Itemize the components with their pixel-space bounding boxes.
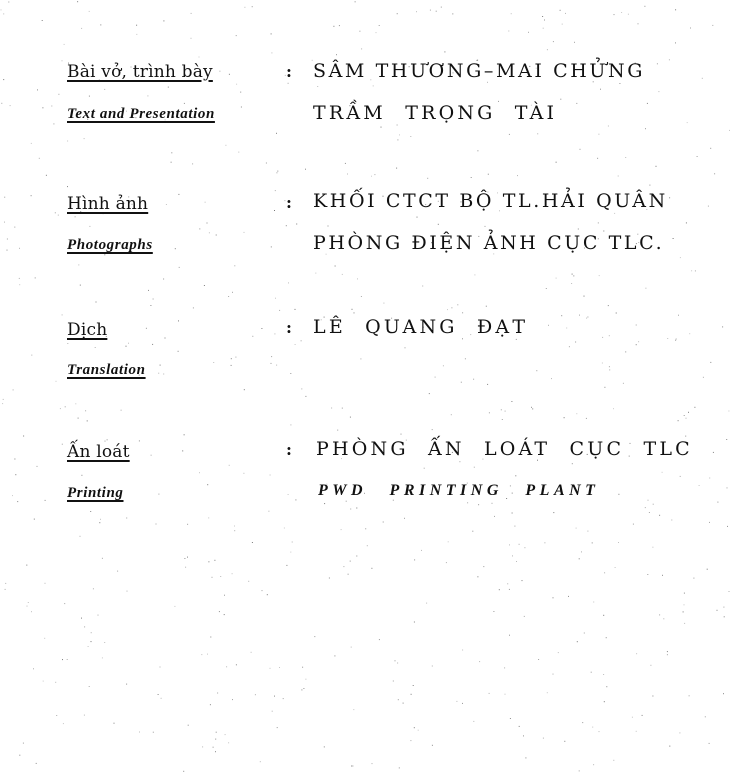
separator-colon: : bbox=[286, 318, 292, 337]
label-en-translation: Translation bbox=[67, 362, 146, 379]
label-en-photographs: Photographs bbox=[67, 237, 153, 254]
label-vi-text-presentation: Bài vở, trình bày bbox=[67, 62, 213, 82]
separator-colon: : bbox=[286, 440, 292, 459]
value-text-presentation-2: TRẦM TRỌNG TÀI bbox=[313, 102, 557, 124]
value-text-presentation-1: SÂM THƯƠNG–MAI CHỬNG bbox=[313, 60, 645, 82]
value-printing-1: PHÒNG ẤN LOÁT CỤC TLC bbox=[316, 438, 693, 460]
value-printing-2: PWD PRINTING PLANT bbox=[318, 482, 599, 500]
separator-colon: : bbox=[286, 193, 292, 212]
label-en-printing: Printing bbox=[67, 485, 124, 502]
label-vi-printing: Ấn loát bbox=[67, 442, 130, 462]
value-photographs-2: PHÒNG ĐIỆN ẢNH CỤC TLC. bbox=[313, 232, 664, 254]
label-vi-translation: Dịch bbox=[67, 320, 107, 340]
value-translation-1: LÊ QUANG ĐẠT bbox=[313, 316, 528, 338]
separator-colon: : bbox=[286, 62, 292, 81]
label-vi-photographs: Hình ảnh bbox=[67, 194, 148, 214]
label-en-text-presentation: Text and Presentation bbox=[67, 106, 215, 123]
credits-page: Bài vở, trình bày Text and Presentation … bbox=[0, 0, 730, 774]
value-photographs-1: KHỐI CTCT BỘ TL.HẢI QUÂN bbox=[313, 190, 668, 212]
